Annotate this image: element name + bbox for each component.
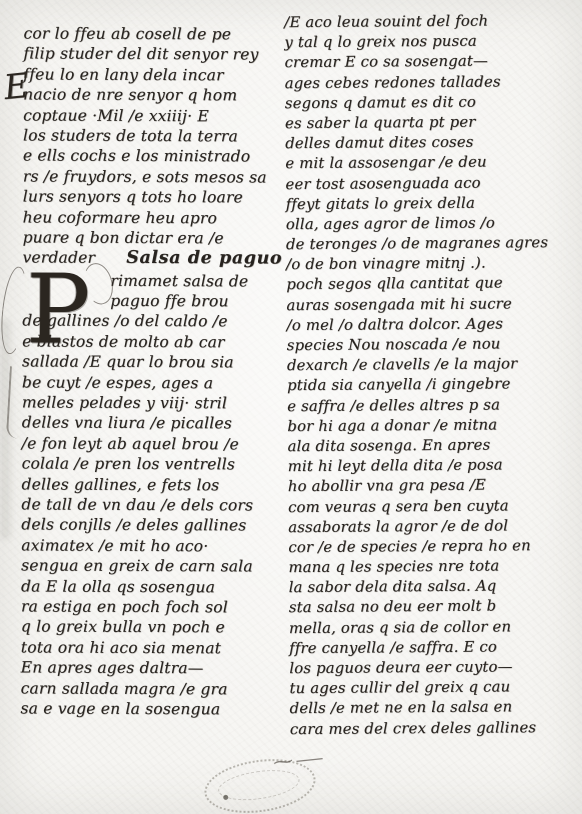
right-column-lines: /E aco leua souint del fochy tal q lo gr… bbox=[284, 11, 580, 740]
recipe-paragraph: P rimamet salsa depaguo ffe brou de gall… bbox=[20, 270, 280, 720]
left-paragraph-1: cor lo ffeu ab cosell de pefilip studer … bbox=[23, 23, 282, 248]
decorated-initial-letter: P bbox=[6, 260, 110, 368]
right-column: /E aco leua souint del fochy tal q lo gr… bbox=[284, 11, 580, 740]
manuscript-line: dells /e met ne en la salsa en bbox=[290, 697, 580, 719]
manuscript-line: /o de bon vinagre mitnj .). bbox=[286, 253, 576, 275]
pen-flourish-icon: ~— bbox=[270, 747, 325, 773]
manuscript-line: /o mel /o daltra dolcor. Ages bbox=[287, 314, 577, 336]
manuscript-page: cor lo ffeu ab cosell de pefilip studer … bbox=[0, 0, 582, 814]
manuscript-line: colala /e pren los ventrells bbox=[22, 454, 280, 476]
manuscript-line: filip studer del dit senyor rey bbox=[23, 44, 281, 66]
manuscript-line: ho abollir vna gra pesa /E bbox=[288, 475, 578, 497]
manuscript-line: mella, oras q sia de collor en bbox=[289, 616, 579, 638]
manuscript-line: /E aco leua souint del foch bbox=[284, 11, 574, 33]
manuscript-line: species Nou noscada /e nou bbox=[287, 334, 577, 356]
manuscript-line: los paguos deura eer cuyto— bbox=[289, 657, 579, 679]
manuscript-line: carn sallada magra /e gra bbox=[21, 678, 279, 700]
manuscript-line: es saber la quarta pt per bbox=[285, 112, 575, 134]
manuscript-line: e ells cochs e los ministrado bbox=[23, 146, 281, 168]
manuscript-line: ala dita sosenga. En apres bbox=[287, 435, 577, 457]
manuscript-line: /e fon leyt ab aquel brou /e bbox=[22, 433, 280, 455]
manuscript-line: cor /e de species /e repra ho en bbox=[288, 536, 578, 558]
binding-fold-smudge bbox=[2, 322, 8, 537]
manuscript-line: ptida sia canyella /i gingebre bbox=[287, 374, 577, 396]
manuscript-line: coptaue ·Mil /e xxiiij· E bbox=[23, 105, 281, 127]
manuscript-line: ra estiga en poch foch sol bbox=[21, 596, 279, 618]
manuscript-line: En apres ages daltra— bbox=[21, 658, 279, 680]
manuscript-line: com veuras q sera ben cuyta bbox=[288, 495, 578, 517]
manuscript-line: da E la olla qs sosengua bbox=[21, 576, 279, 598]
manuscript-line: e saffra /e delles altres p sa bbox=[287, 394, 577, 416]
manuscript-line: cremar E co sa sosengat— bbox=[284, 51, 574, 73]
manuscript-line: tota ora hi aco sia menat bbox=[21, 637, 279, 659]
manuscript-line: sta salsa no deu eer molt b bbox=[289, 596, 579, 618]
manuscript-line: puare q bon dictar era /e bbox=[23, 227, 281, 249]
left-column: cor lo ffeu ab cosell de pefilip studer … bbox=[20, 23, 281, 719]
manuscript-line: heu coformare heu apro bbox=[23, 207, 281, 229]
manuscript-line: olla, ages agror de limos /o bbox=[286, 213, 576, 235]
manuscript-line: aximatex /e mit ho aco· bbox=[21, 535, 279, 557]
manuscript-line: bor hi aga a donar /e mitna bbox=[287, 415, 577, 437]
manuscript-line: rs /e fruydors, e sots mesos sa bbox=[23, 166, 281, 188]
recipe-rubric: Salsa de paguo bbox=[126, 248, 282, 269]
manuscript-line: eer tost asosenguada aco bbox=[285, 172, 575, 194]
manuscript-line: dexarch /e clavells /e la major bbox=[287, 354, 577, 376]
manuscript-line: sengua en greix de carn sala bbox=[21, 556, 279, 578]
manuscript-line: tu ages cullir del greix q cau bbox=[289, 677, 579, 699]
manuscript-line: dels conjlls /e deles gallines bbox=[21, 515, 279, 537]
manuscript-line: de tall de vn dau /e dels cors bbox=[21, 494, 279, 516]
manuscript-line: delles vna liura /e picalles bbox=[22, 413, 280, 435]
manuscript-line: poch segos qlla cantitat que bbox=[286, 273, 576, 295]
manuscript-line: cor lo ffeu ab cosell de pe bbox=[23, 23, 281, 45]
manuscript-line: melles pelades y viij· stril bbox=[22, 392, 280, 414]
manuscript-line: mana q les species nre tota bbox=[288, 556, 578, 578]
manuscript-line: lurs senyors q tots ho loare bbox=[23, 187, 281, 209]
recipe-body-lines: de gallines /o del caldo /ee blastos de … bbox=[20, 311, 280, 720]
manuscript-line: sa e vage en la sosengua bbox=[20, 698, 278, 720]
manuscript-line: la sabor dela dita salsa. Aq bbox=[289, 576, 579, 598]
manuscript-line: auras sosengada mit hi sucre bbox=[286, 293, 576, 315]
manuscript-line: assaborats la agror /e de dol bbox=[288, 516, 578, 538]
manuscript-line: delles damut dites coses bbox=[285, 132, 575, 154]
manuscript-line: delles gallines, e fets los bbox=[21, 474, 279, 496]
manuscript-line: segons q damut es dit co bbox=[285, 92, 575, 114]
manuscript-line: cara mes del crex deles gallines bbox=[290, 717, 580, 739]
manuscript-line: ages cebes redones tallades bbox=[285, 71, 575, 93]
manuscript-line: nacio de nre senyor q hom bbox=[23, 85, 281, 107]
manuscript-line: y tal q lo greix nos pusca bbox=[284, 31, 574, 53]
manuscript-line: ffeu lo en lany dela incar bbox=[23, 64, 281, 86]
manuscript-line: mit hi leyt della dita /e posa bbox=[288, 455, 578, 477]
manuscript-line: ffre canyella /e saffra. E co bbox=[289, 637, 579, 659]
manuscript-line: e mit la assosengar /e deu bbox=[285, 152, 575, 174]
manuscript-line: q lo greix bulla vn poch e bbox=[21, 617, 279, 639]
marginal-initial-letter: E bbox=[2, 69, 30, 105]
manuscript-line: be cuyt /e espes, ages a bbox=[22, 372, 280, 394]
initial-flourish bbox=[6, 366, 22, 439]
manuscript-line: ffeyt gitats lo greix della bbox=[286, 193, 576, 215]
manuscript-line: los studers de tota la terra bbox=[23, 125, 281, 147]
manuscript-line: de teronges /o de magranes agres bbox=[286, 233, 576, 255]
